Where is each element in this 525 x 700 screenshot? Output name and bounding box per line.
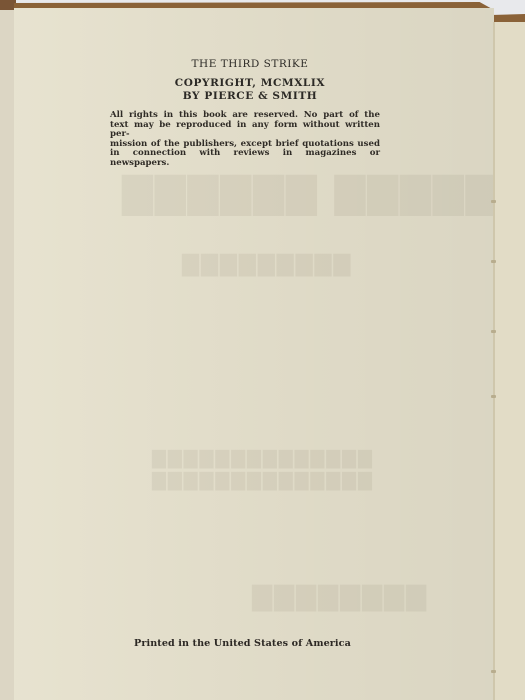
binding-stitch — [491, 670, 496, 673]
publisher-line: BY PIERCE & SMITH — [100, 90, 400, 103]
bleed-through-text: ▇▇▇▇▇ ▇▇▇▇▇▇ — [120, 170, 496, 216]
binding-stitch — [491, 330, 496, 333]
bleed-through-text: ▇▇▇▇▇▇▇▇▇▇▇▇▇▇ — [150, 448, 372, 469]
book-title: THE THIRD STRIKE — [100, 57, 400, 71]
next-page-edge — [495, 22, 525, 700]
rights-notice-line: in connection with reviews in magazines … — [110, 149, 380, 168]
copyright-year: COPYRIGHT, MCMXLIX — [100, 77, 400, 90]
binding-stitch — [491, 200, 496, 203]
binding-stitch — [491, 395, 496, 398]
rights-notice-line: text may be reproduced in any form witho… — [110, 121, 380, 140]
copyright-title-block: THE THIRD STRIKE COPYRIGHT, MCMXLIX BY P… — [100, 57, 400, 103]
bleed-through-text: ▇▇▇▇▇▇▇▇ — [250, 582, 426, 612]
bleed-through-text: ▇▇▇▇▇▇▇▇▇▇▇▇▇▇ — [150, 470, 372, 491]
rights-notice: All rights in this book are reserved. No… — [110, 111, 380, 168]
printed-in-line: Printed in the United States of America — [134, 638, 351, 649]
binding-stitch — [491, 260, 496, 263]
bleed-through-text: ▇▇▇▇▇▇▇▇▇ — [180, 252, 350, 277]
